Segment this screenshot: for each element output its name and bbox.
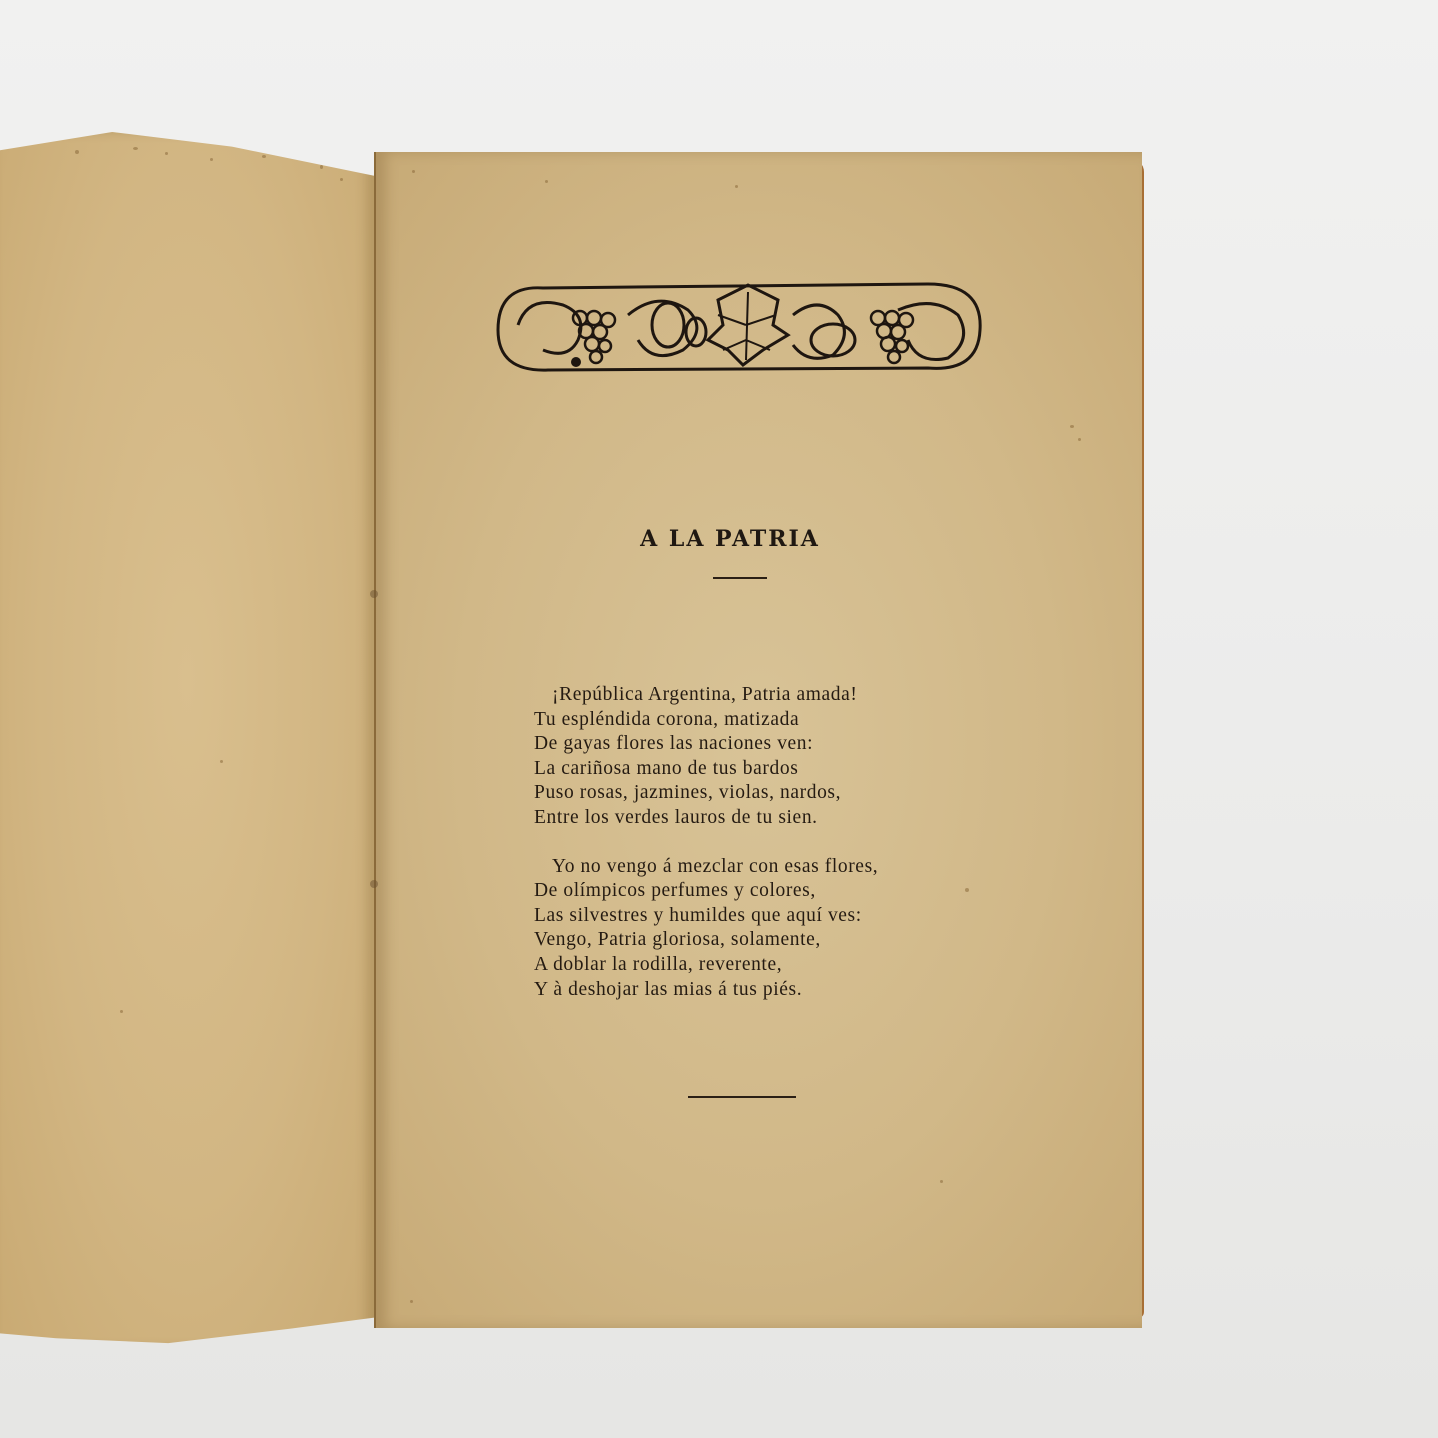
poem-line: Yo no vengo á mezclar con esas flores, [534,855,994,880]
poem-line: Tu espléndida corona, matizada [534,708,994,733]
grape-vine-ornament-icon [488,270,988,380]
poem-line: De gayas flores las naciones ven: [534,732,994,757]
title-rule [713,577,767,579]
poem-line: Vengo, Patria gloriosa, solamente, [534,928,994,953]
poem-line: Y à deshojar las mias á tus piés. [534,978,994,1003]
binding-stitch [370,590,378,598]
left-page [0,132,374,1348]
poem-line: A doblar la rodilla, reverente, [534,953,994,978]
closing-rule [688,1096,796,1098]
poem-body: ¡República Argentina, Patria amada! Tu e… [534,683,994,1026]
poem-line: De olímpicos perfumes y colores, [534,879,994,904]
poem-title: A LA PATRIA [560,526,900,552]
poem-line: La cariñosa mano de tus bardos [534,757,994,782]
binding-stitch [370,880,378,888]
stanza-2: Yo no vengo á mezclar con esas flores, D… [534,855,994,1003]
stanza-1: ¡República Argentina, Patria amada! Tu e… [534,683,994,831]
poem-line: Puso rosas, jazmines, violas, nardos, [534,781,994,806]
poem-line: Las silvestres y humildes que aquí ves: [534,904,994,929]
poem-line: ¡República Argentina, Patria amada! [534,683,994,708]
poem-line: Entre los verdes lauros de tu sien. [534,806,994,831]
